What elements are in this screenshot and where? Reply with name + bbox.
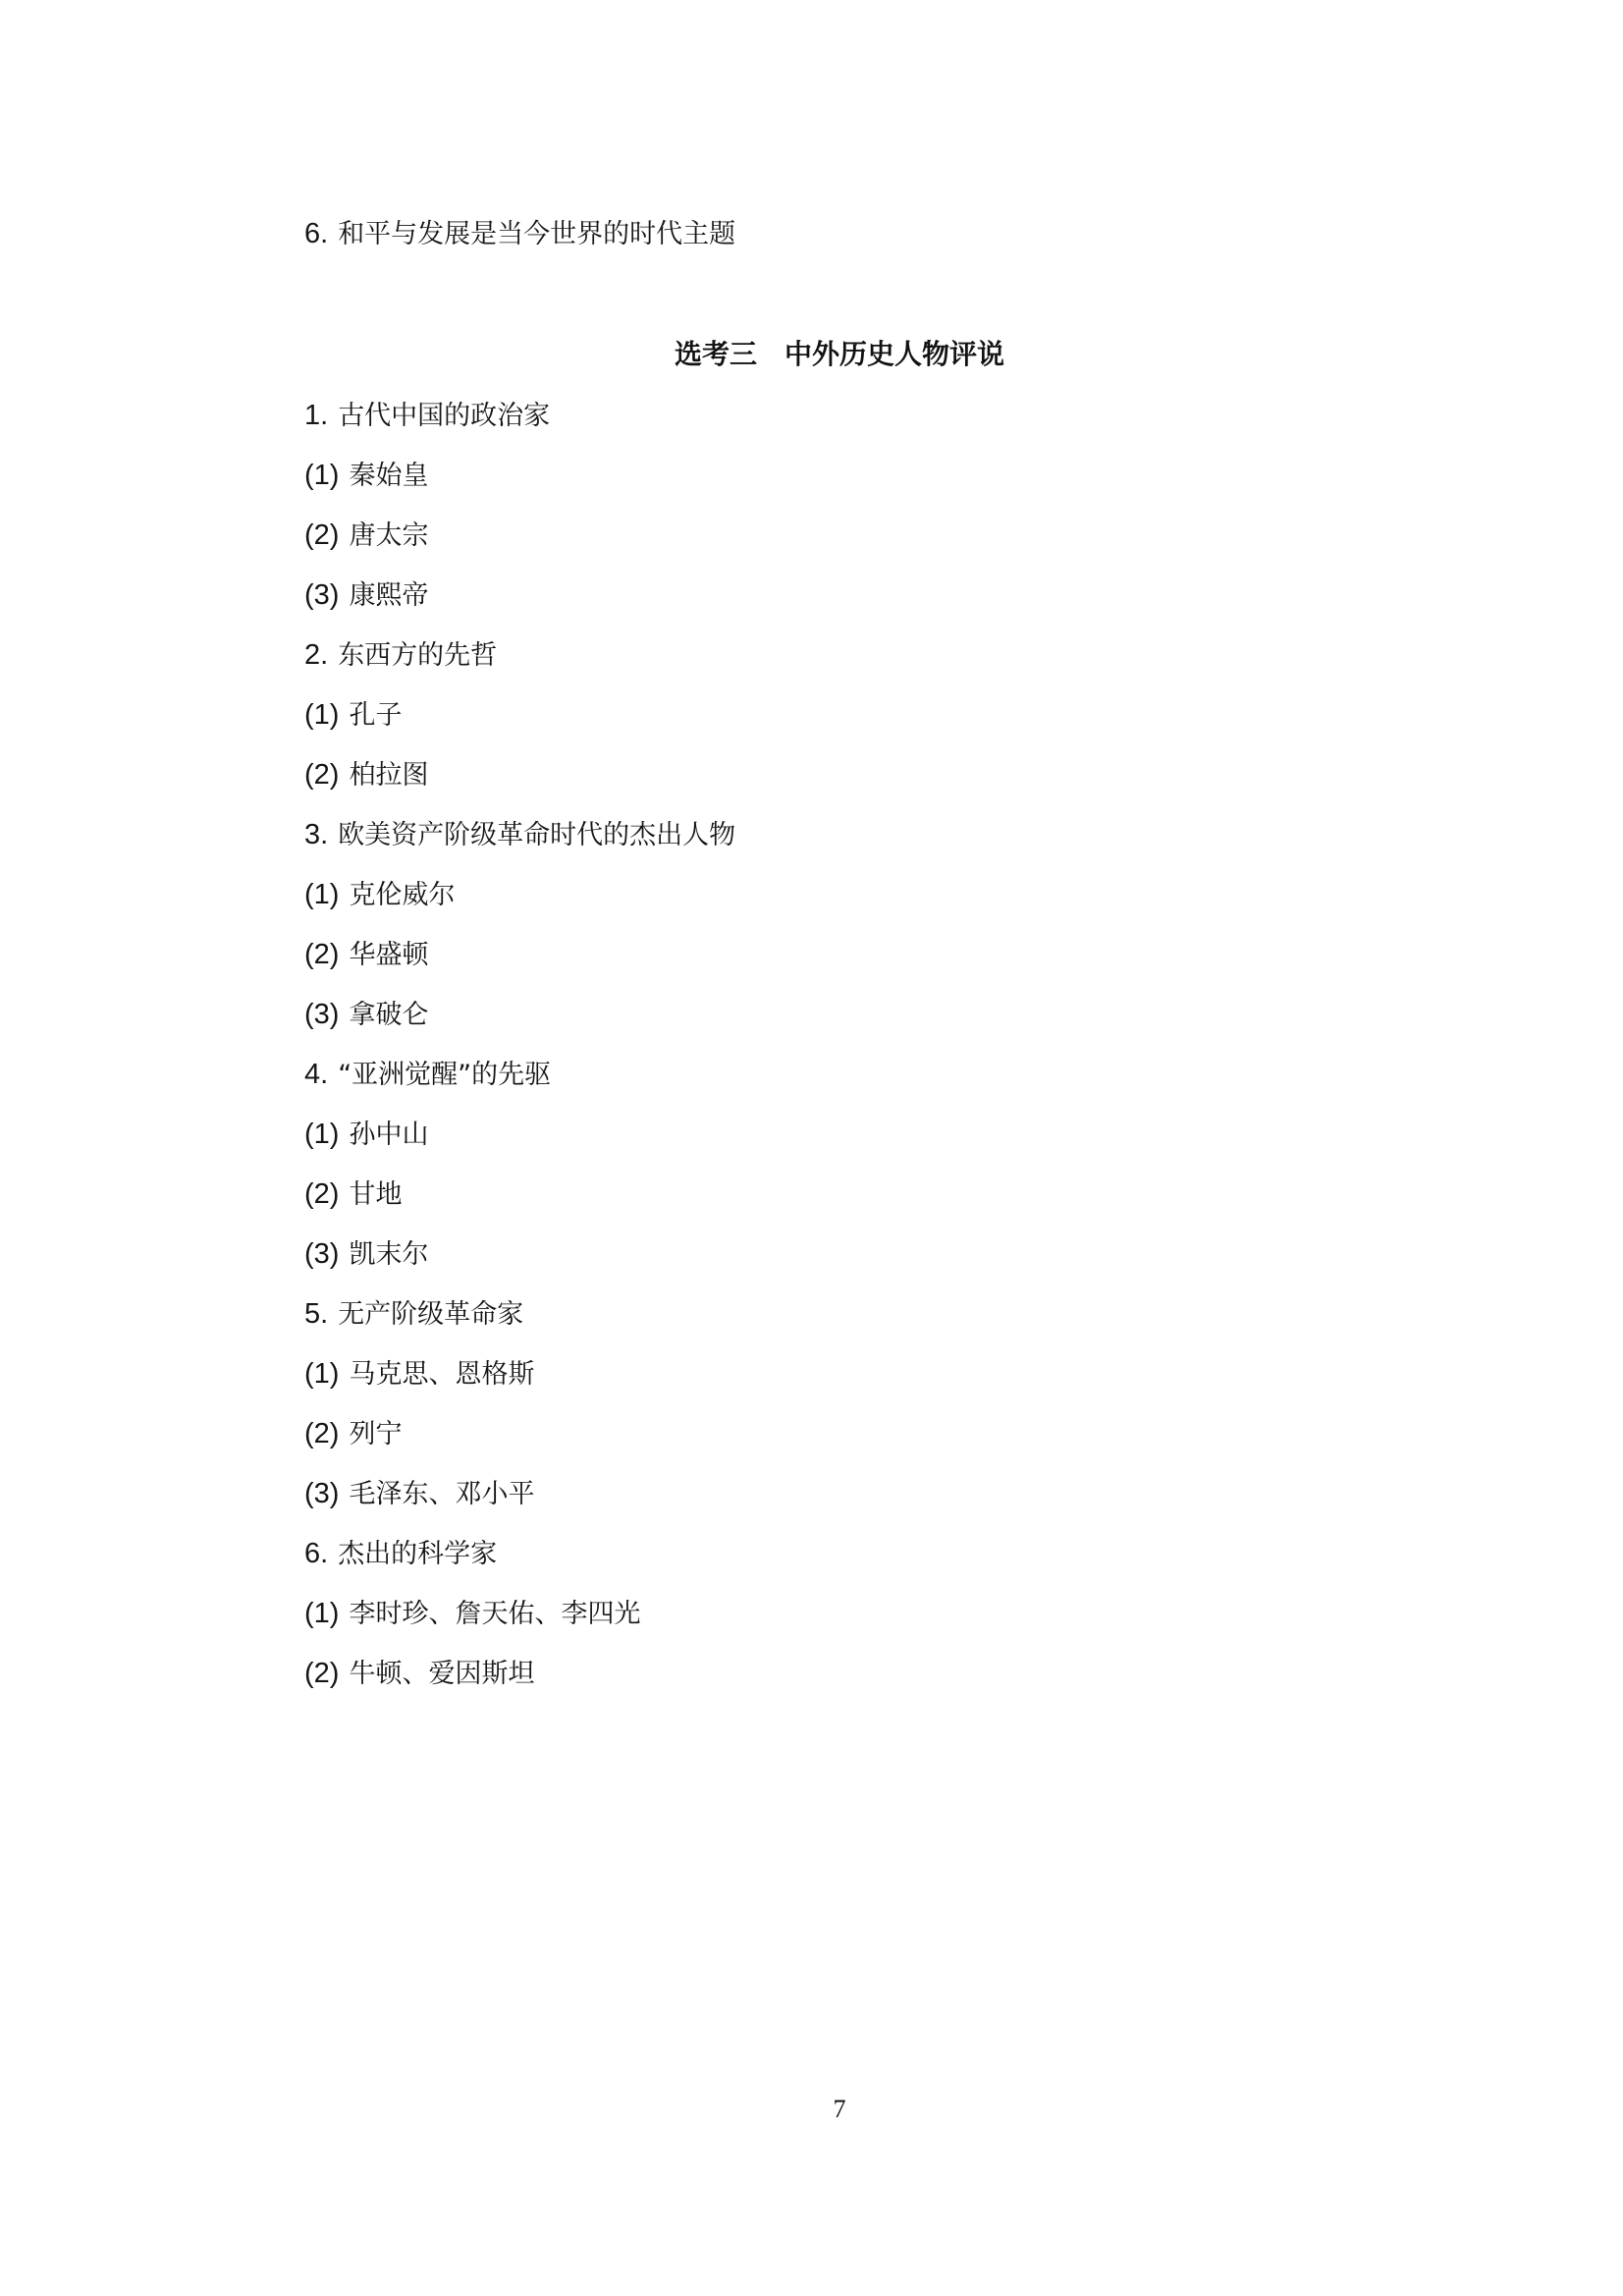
item-text: 列宁: [349, 1419, 402, 1449]
list-item: (2)列宁: [304, 1416, 402, 1452]
item-text: 孙中山: [349, 1120, 428, 1150]
list-item: (3)毛泽东、邓小平: [304, 1476, 534, 1512]
list-item-top: 6.和平与发展是当今世界的时代主题: [304, 216, 735, 252]
list-item: (1)孔子: [304, 697, 402, 734]
item-text: 毛泽东、邓小平: [349, 1479, 534, 1509]
list-item: (2)甘地: [304, 1176, 402, 1213]
item-number: (2): [304, 939, 339, 970]
list-item: (1)秦始皇: [304, 458, 428, 494]
item-text: 克伦威尔: [349, 880, 455, 910]
item-text: 东西方的先哲: [338, 640, 497, 671]
list-item: (3)拿破仑: [304, 997, 428, 1033]
item-number: (1): [304, 460, 339, 491]
item-number: 3.: [304, 819, 328, 850]
item-number: 2.: [304, 639, 328, 671]
item-text: 华盛顿: [349, 940, 428, 970]
list-item: (1)马克思、恩格斯: [304, 1356, 534, 1393]
list-item: 4.“亚洲觉醒”的先驱: [304, 1057, 551, 1093]
item-number: (3): [304, 1478, 339, 1509]
item-number: (1): [304, 1358, 339, 1390]
list-item: 5.无产阶级革命家: [304, 1296, 523, 1333]
item-number: 6.: [304, 218, 328, 249]
item-number: (1): [304, 879, 339, 910]
item-number: (2): [304, 519, 339, 551]
item-number: (2): [304, 759, 339, 791]
list-item: (1)李时珍、詹天佑、李四光: [304, 1596, 640, 1632]
list-item: 2.东西方的先哲: [304, 637, 497, 674]
list-item: 1.古代中国的政治家: [304, 398, 550, 434]
list-item: (2)柏拉图: [304, 757, 428, 793]
list-item: (1)孙中山: [304, 1117, 428, 1153]
item-text: 牛顿、爱因斯坦: [349, 1659, 534, 1689]
item-text: 马克思、恩格斯: [349, 1359, 534, 1390]
item-text: 秦始皇: [349, 461, 428, 491]
item-text: 柏拉图: [349, 760, 428, 791]
document-page: 6.和平与发展是当今世界的时代主题 选考三 中外历史人物评说 1.古代中国的政治…: [0, 0, 1623, 2296]
item-text: 凯末尔: [349, 1239, 428, 1270]
list-item: (2)唐太宗: [304, 518, 428, 554]
item-text: 和平与发展是当今世界的时代主题: [338, 219, 735, 249]
item-number: 5.: [304, 1298, 328, 1330]
list-item: 6.杰出的科学家: [304, 1536, 497, 1572]
item-text: 唐太宗: [349, 520, 428, 551]
item-number: (3): [304, 999, 339, 1030]
list-item: (2)牛顿、爱因斯坦: [304, 1656, 534, 1692]
item-number: (2): [304, 1178, 339, 1210]
item-number: (1): [304, 1119, 339, 1150]
item-text: 康熙帝: [349, 580, 428, 611]
item-number: (2): [304, 1418, 339, 1449]
section-heading: 选考三 中外历史人物评说: [0, 337, 1623, 372]
item-text: 李时珍、詹天佑、李四光: [349, 1599, 640, 1629]
item-text: 孔子: [349, 700, 402, 731]
page-number: 7: [0, 2095, 1623, 2124]
list-item: (3)凯末尔: [304, 1236, 428, 1273]
item-number: (2): [304, 1658, 339, 1689]
item-text: 杰出的科学家: [338, 1539, 497, 1569]
item-number: 1.: [304, 400, 328, 431]
item-text: 无产阶级革命家: [338, 1299, 523, 1330]
item-number: (3): [304, 579, 339, 611]
list-item: (2)华盛顿: [304, 937, 428, 973]
item-text: 拿破仑: [349, 1000, 428, 1030]
list-item: (1)克伦威尔: [304, 877, 455, 913]
item-number: (3): [304, 1238, 339, 1270]
item-number: 4.: [304, 1059, 328, 1090]
item-text: 古代中国的政治家: [338, 401, 550, 431]
item-text: “亚洲觉醒”的先驱: [338, 1060, 551, 1090]
item-number: 6.: [304, 1538, 328, 1569]
item-number: (1): [304, 1598, 339, 1629]
item-number: (1): [304, 699, 339, 731]
item-text: 甘地: [349, 1179, 402, 1210]
item-text: 欧美资产阶级革命时代的杰出人物: [338, 820, 735, 850]
list-item: (3)康熙帝: [304, 577, 428, 614]
list-item: 3.欧美资产阶级革命时代的杰出人物: [304, 817, 735, 853]
